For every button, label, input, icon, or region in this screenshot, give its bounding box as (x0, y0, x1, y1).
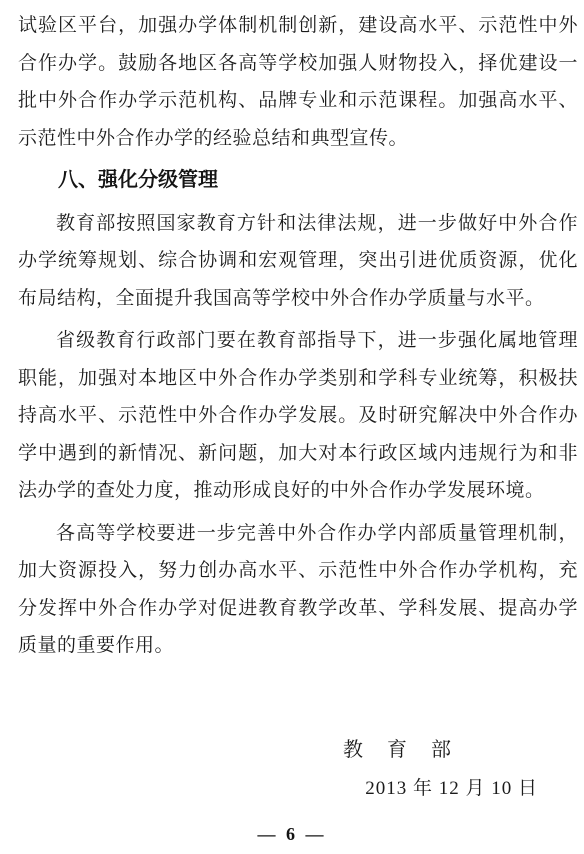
signature-date: 2013 年 12 月 10 日 (365, 773, 538, 800)
paragraph: 教育部按照国家教育方针和法律法规，进一步做好中外合作办学统筹规划、综合协调和宏观… (18, 205, 578, 318)
signature-issuer: 教 育 部 (343, 733, 453, 762)
paragraph: 省级教育行政部门要在教育部指导下，进一步强化属地管理职能，加强对本地区中外合作办… (18, 322, 578, 510)
paragraph-continued: 试验区平台，加强办学体制机制创新，建设高水平、示范性中外合作办学。鼓励各地区各高… (18, 7, 578, 157)
paragraph: 各高等学校要进一步完善中外合作办学内部质量管理机制，加大资源投入，努力创办高水平… (18, 515, 578, 665)
page-number: — 6 — (0, 824, 584, 845)
document-page: 试验区平台，加强办学体制机制创新，建设高水平、示范性中外合作办学。鼓励各地区各高… (0, 0, 584, 854)
section-heading: 八、强化分级管理 (18, 162, 578, 200)
